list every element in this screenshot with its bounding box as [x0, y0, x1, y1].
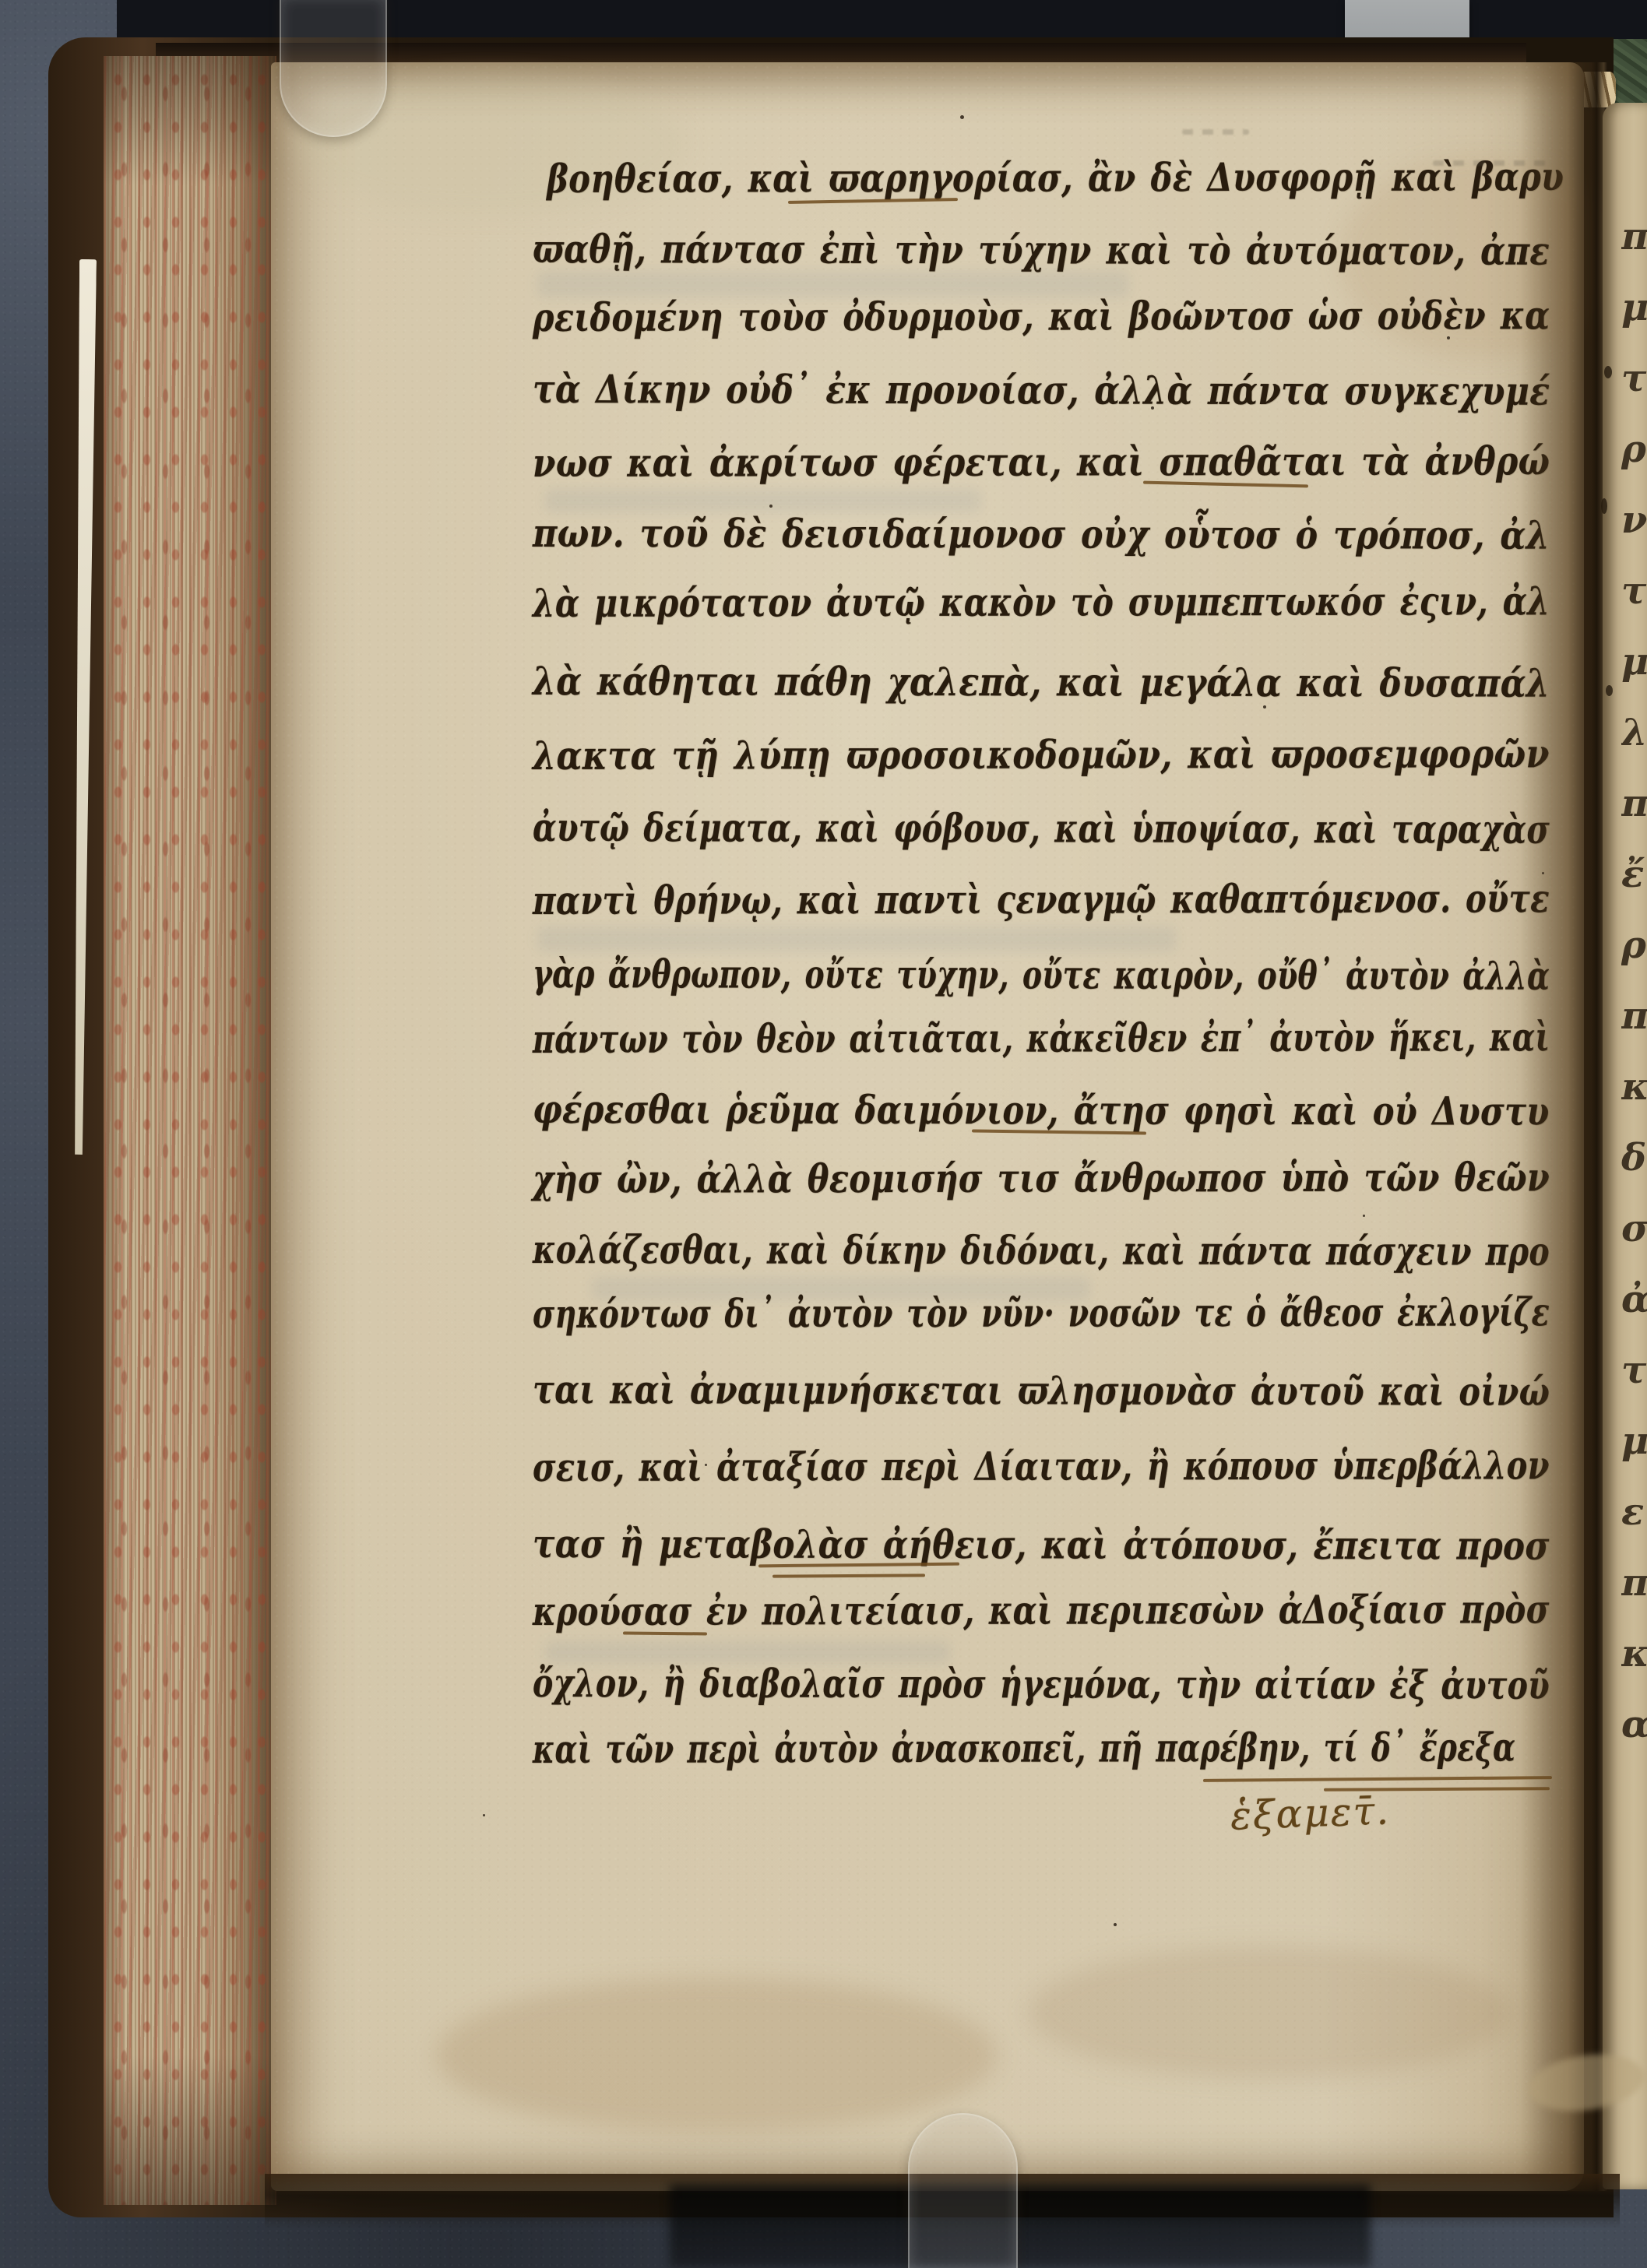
text-showthrough	[537, 927, 1176, 951]
text-showthrough	[545, 489, 981, 512]
print-line: λακτα τῇ λύπῃ ϖροσοικοδομῶν, καὶ ϖροσεμφ…	[533, 732, 1550, 781]
facing-page-glyph: τ	[1621, 569, 1647, 616]
ink-offset-smudge	[1182, 129, 1249, 135]
damp-stain	[436, 1978, 997, 2133]
facing-page-glyph: π	[1621, 1561, 1647, 1608]
facing-page-glyph: ρ	[1621, 923, 1647, 970]
paper-speck	[705, 1464, 707, 1466]
print-line: νωσ καὶ ἀκρίτωσ φέρεται, καὶ σπαθᾶται τὰ…	[533, 439, 1550, 488]
paper-speck	[1151, 406, 1154, 410]
facing-page-glyph: μο	[1621, 286, 1647, 332]
paper-speck	[960, 115, 964, 119]
facing-page-glyph: κ	[1621, 1632, 1647, 1679]
photograph-of-open-book: βοηθείασ, καὶ ϖαρηγορίασ, ἂν δὲ Δυσφορῇ …	[0, 0, 1647, 2268]
facing-page-glyph: π	[1621, 994, 1647, 1041]
facing-page-glyph: μ	[1621, 1419, 1647, 1466]
facing-page-glyph: ἀ	[1621, 1278, 1647, 1324]
print-line: ται καὶ ἀναμιμνήσκεται ϖλησμονὰσ ἀυτοῦ κ…	[533, 1368, 1550, 1417]
facing-page-glyph: τ	[1621, 1348, 1647, 1395]
paper-speck	[483, 1814, 485, 1816]
facing-page-glyph: ρί	[1621, 427, 1647, 474]
print-line: καὶ τῶν περὶ ἀυτὸν ἀνασκοπεῖ, πῆ παρέβην…	[533, 1725, 1515, 1774]
fore-edge-shading	[104, 56, 276, 2205]
print-line: βοηθείασ, καὶ ϖαρηγορίασ, ἂν δὲ Δυσφορῇ …	[533, 155, 1564, 204]
facing-page-glyph: τέ	[1621, 357, 1647, 403]
print-line: φέρεσθαι ῥεῦμα δαιμόνιον, ἄτησ φησὶ καὶ …	[533, 1088, 1550, 1137]
gutter-ink-spot	[1601, 498, 1607, 514]
facing-page-glyph: σ	[1621, 1207, 1647, 1254]
print-line: τὰ Δίκην οὐδ᾽ ἐκ προνοίασ, ἀλλὰ πάντα συ…	[533, 367, 1550, 417]
print-line: ὄχλον, ἢ διαβολαῖσ πρὸσ ἡγεμόνα, τὴν αἰτ…	[533, 1661, 1550, 1711]
facing-page-glyph: ἔ	[1621, 853, 1647, 899]
handwritten-catchword: ἑξαμετ̄.	[1230, 1788, 1391, 1838]
facing-page-glyph: ε	[1621, 1490, 1647, 1537]
damp-stain	[1028, 1946, 1511, 2079]
facing-page-glyph: κ	[1621, 1065, 1647, 1112]
print-line: ϖαθῇ, πάντασ ἐπὶ τὴν τύχην καὶ τὸ ἀυτόμα…	[533, 227, 1550, 276]
print-line: πάντων τὸν θεὸν αἰτιᾶται, κἀκεῖθεν ἐπ᾽ ἀ…	[533, 1015, 1550, 1064]
facing-page-glyph: δ	[1621, 1136, 1647, 1183]
paper-speck	[1447, 336, 1450, 339]
gutter-ink-spot	[1606, 685, 1613, 696]
facing-page-glyph: λ	[1621, 711, 1647, 758]
print-line: ρειδομένη τοὺσ ὀδυρμοὺσ, καὶ βοῶντοσ ὡσ …	[533, 294, 1550, 343]
print-line: πων. τοῦ δὲ δεισιδαίμονοσ οὐχ οὗτοσ ὁ τρ…	[533, 512, 1550, 561]
print-line: τασ ἢ μεταβολὰσ ἀήθεισ, καὶ ἀτόπουσ, ἔπε…	[533, 1522, 1550, 1571]
bottom-felt-shadow	[670, 2185, 1371, 2268]
gutter-ink-spot	[1604, 366, 1612, 378]
print-line: γὰρ ἄνθρωπον, οὔτε τύχην, οὔτε καιρὸν, ο…	[533, 952, 1550, 1001]
paper-speck	[769, 505, 772, 508]
print-line: σεισ, καὶ ἀταξίασ περὶ Δίαιταν, ἢ κόπουσ…	[533, 1443, 1550, 1493]
print-line: σηκόντωσ δι᾽ ἀυτὸν τὸν νῦν· νοσῶν τε ὁ ἄ…	[533, 1290, 1550, 1339]
facing-page-glyph: ν	[1621, 498, 1647, 545]
print-line: κολάζεσθαι, καὶ δίκην διδόναι, καὶ πάντα…	[533, 1228, 1550, 1277]
plastic-holding-strip-bottom	[908, 2113, 1018, 2268]
paper-speck	[1363, 1215, 1365, 1217]
facing-page-glyph: π	[1621, 782, 1647, 828]
print-line: λὰ μικρότατον ἀυτῷ κακὸν τὸ συμπεπτωκόσ …	[533, 579, 1550, 628]
print-line: ἀυτῷ δείματα, καὶ φόβουσ, καὶ ὑποψίασ, κ…	[533, 806, 1550, 855]
facing-page-glyph: πί	[1621, 215, 1647, 262]
plastic-holding-strip-top	[280, 0, 387, 137]
print-line: λὰ κάθηται πάθη χαλεπὰ, καὶ μεγάλα καὶ δ…	[533, 659, 1550, 709]
facing-page-glyph: μ	[1621, 640, 1647, 687]
facing-page-glyph: α	[1621, 1703, 1647, 1749]
paper-speck	[1114, 1923, 1117, 1926]
print-line: χὴσ ὢν, ἀλλὰ θεομισήσ τισ ἄνθρωποσ ὑπὸ τ…	[533, 1155, 1550, 1204]
print-line: κρούσασ ἐν πολιτείαισ, καὶ περιπεσὼν ἀΔο…	[533, 1588, 1550, 1637]
paper-speck	[1263, 705, 1266, 709]
print-line: παντὶ θρήνῳ, καὶ παντὶ ςεναγμῷ καθαπτόμε…	[533, 877, 1550, 926]
gutter-shadow	[1520, 62, 1607, 2191]
